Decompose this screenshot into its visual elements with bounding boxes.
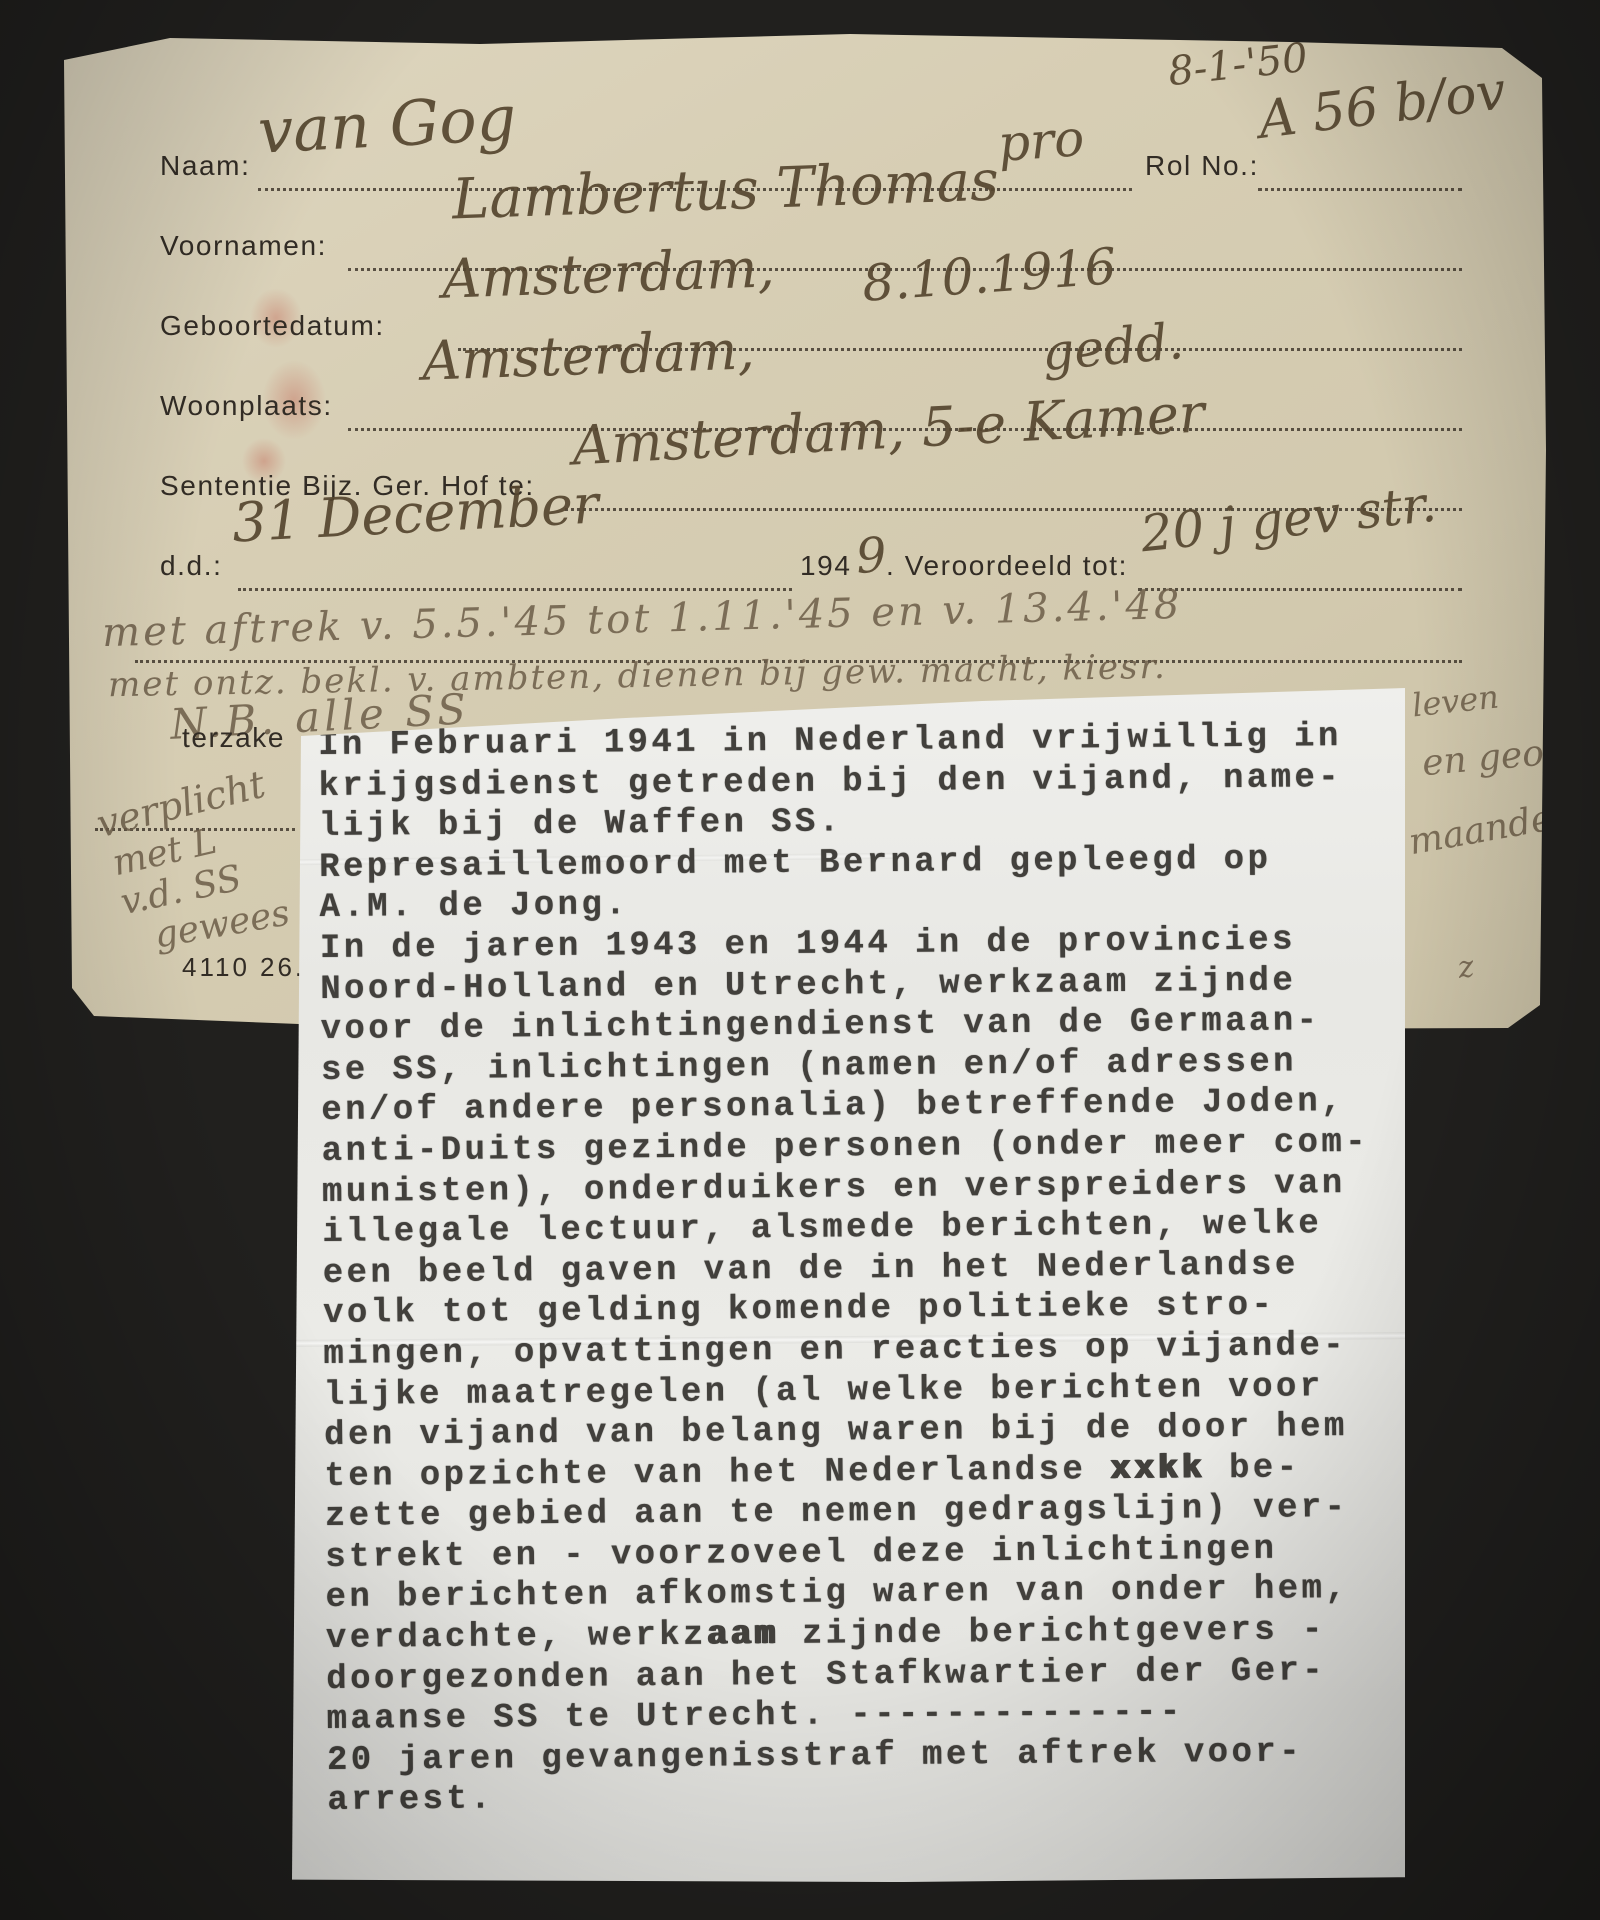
typed-note-text: In Februari 1941 in Nederland vrijwillig…: [318, 717, 1375, 1822]
field-value-voornamen: Lambertus Thomas: [451, 148, 1000, 232]
dotted-line-dd: [238, 588, 792, 591]
printed-year-194: 194: [800, 550, 852, 582]
typed-text: be-: [1205, 1449, 1301, 1488]
field-label-dd: d.d.:: [160, 550, 222, 582]
field-value-geboorteplaats: Amsterdam,: [441, 236, 776, 311]
field-label-veroordeeld-tot: . Veroordeeld tot:: [886, 550, 1128, 582]
typed-text: verdachte, werkz: [326, 1617, 707, 1658]
typed-text: ten opzichte van het Nederlandse: [324, 1451, 1110, 1496]
form-number-suffix: 26.: [260, 952, 305, 983]
field-label-terzake: terzake: [182, 722, 285, 754]
typed-note: In Februari 1941 in Nederland vrijwillig…: [292, 688, 1405, 1882]
field-label-rol-no: Rol No.:: [1145, 150, 1259, 182]
field-label-naam: Naam:: [160, 150, 250, 182]
handwritten-right-fragment: en geo: [1420, 733, 1545, 784]
dotted-line-veroordeeld: [1138, 588, 1462, 591]
field-value-sententie: Amsterdam, 5-e Kamer: [571, 381, 1206, 477]
handwritten-right-fragment: leven: [1410, 678, 1500, 725]
dotted-line-rol-no: [1258, 188, 1462, 191]
field-value-woonplaats-status: gedd.: [1040, 312, 1186, 382]
typed-line: arrest.: [327, 1772, 1375, 1822]
field-label-voornamen: Voornamen:: [160, 230, 327, 262]
typed-text: zijnde berichtgevers -: [778, 1611, 1326, 1654]
field-value-naam: van Gog: [256, 81, 518, 167]
handwritten-year-digit: 9: [854, 527, 888, 585]
strikeover-text: xxkk: [1110, 1450, 1206, 1489]
handwritten-right-fragment: maanden: [1406, 794, 1578, 864]
handwritten-date-annotation: 8-1-'50: [1166, 35, 1310, 95]
field-label-woonplaats: Woonplaats:: [160, 390, 333, 422]
handwritten-remission-note: met aftrek v. 5.5.'45 tot 1.11.'45 en v.…: [102, 582, 1183, 656]
overtyped-text: aam: [707, 1616, 779, 1655]
handwritten-annotation-pro: pro: [996, 109, 1086, 173]
field-value-geboortedatum-datum: 8.10.1916: [860, 237, 1118, 313]
handwritten-right-fragment: z: [1456, 949, 1477, 986]
field-value-woonplaats: Amsterdam,: [421, 318, 756, 393]
field-value-veroordeeld-tot: 20 j gev str.: [1138, 475, 1439, 564]
photographed-archive-document: { "colors":{ "background":"#21201e", "ca…: [0, 0, 1600, 1920]
form-number: 4110: [182, 952, 250, 983]
field-label-geboortedatum: Geboortedatum:: [160, 310, 385, 342]
